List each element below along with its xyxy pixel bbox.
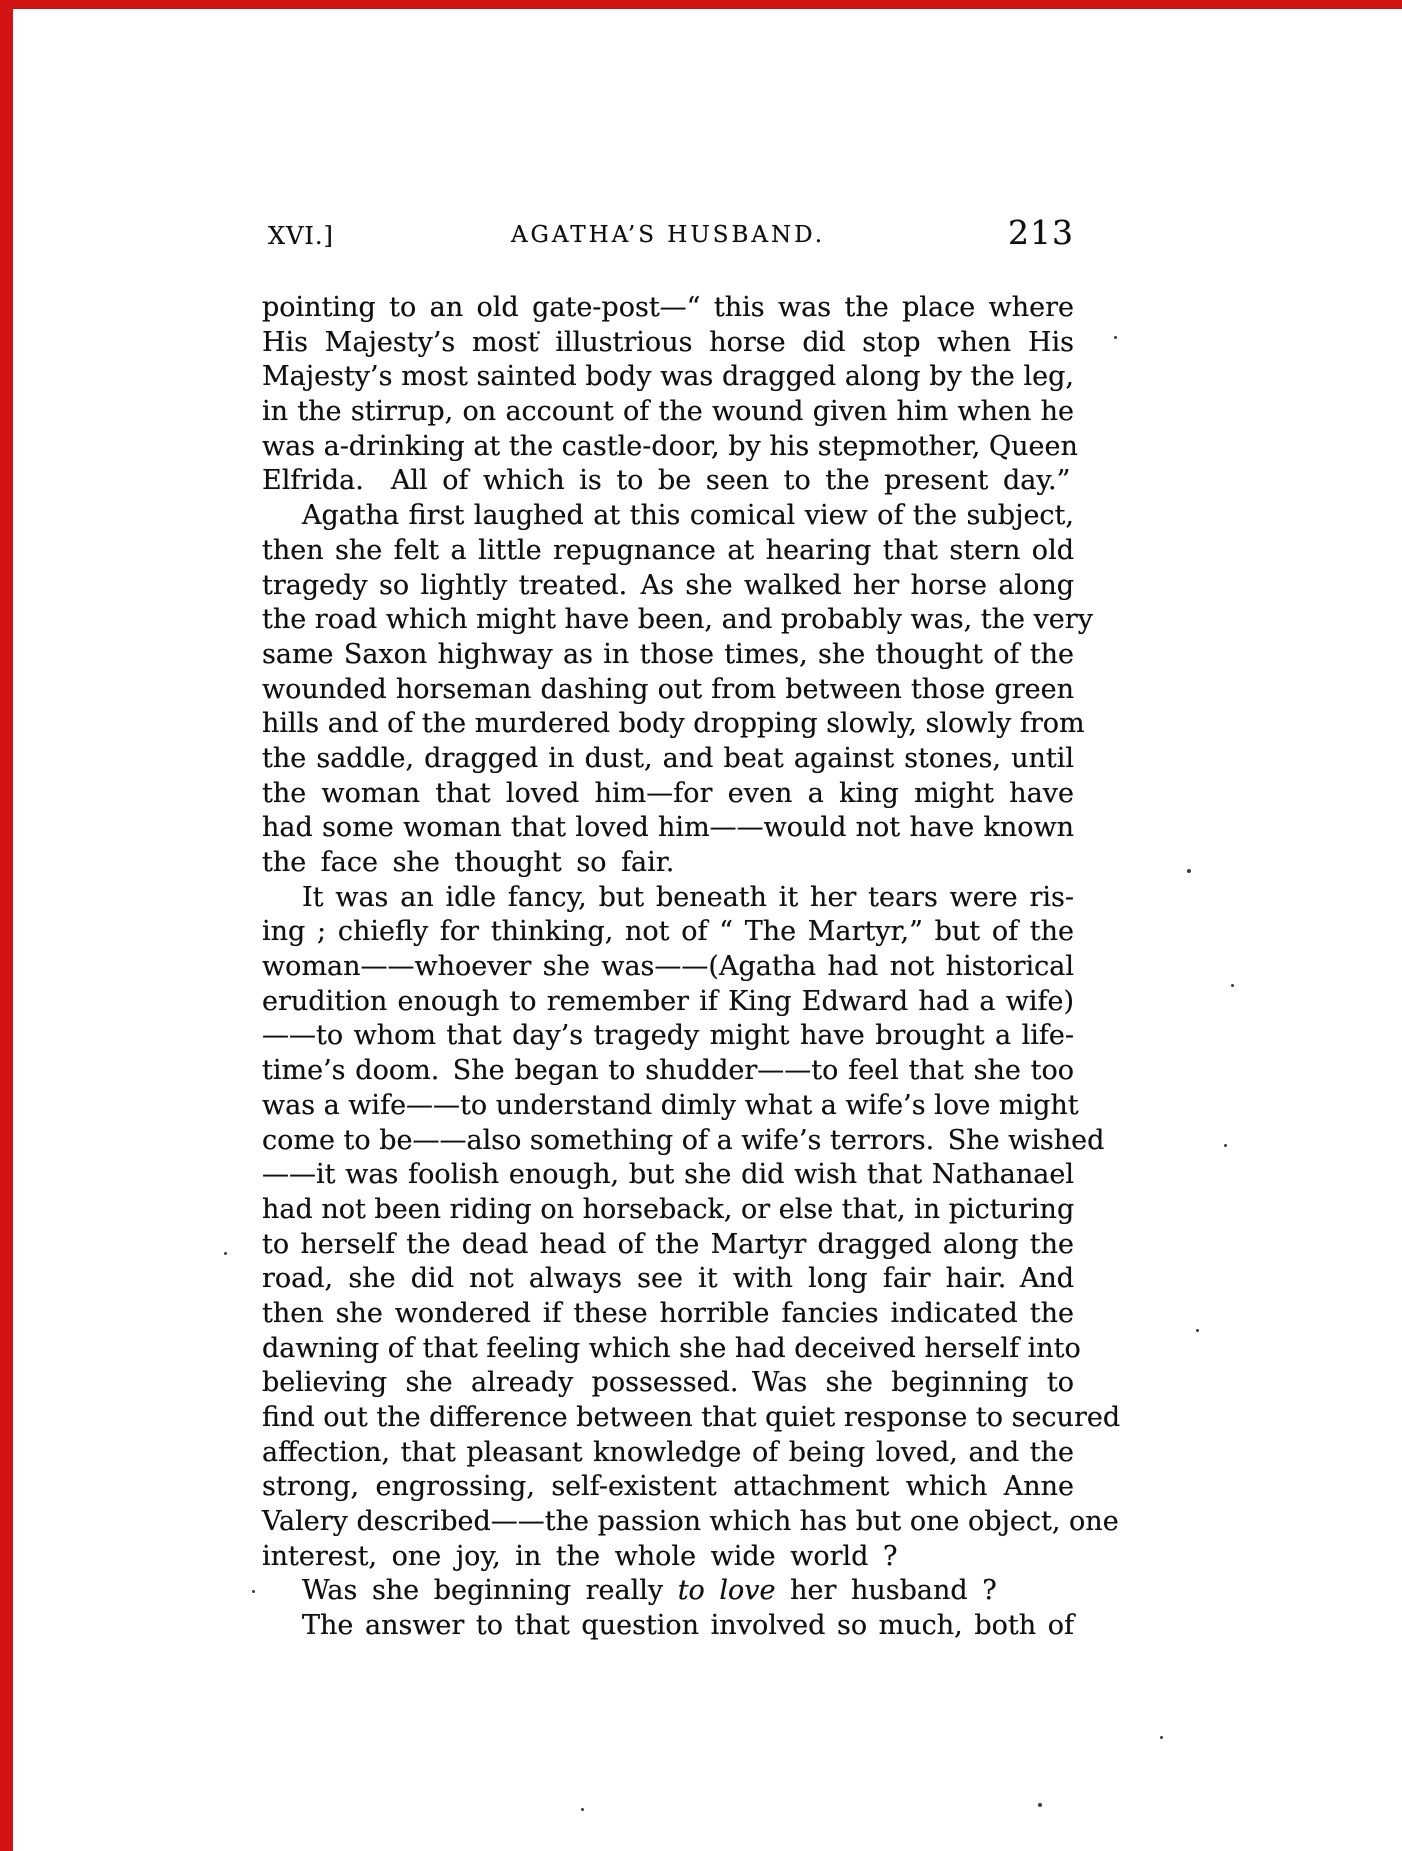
ink-speck <box>1224 1144 1227 1147</box>
text-line: the woman that loved him—for even a king… <box>262 777 1074 812</box>
text-line: ing ; chiefly for thinking, not of “ The… <box>262 915 1074 950</box>
text-line: Elfrida. All of which is to be seen to t… <box>262 464 1074 499</box>
text-line: had not been riding on horseback, or els… <box>262 1193 1074 1228</box>
ink-speck <box>224 1252 227 1255</box>
text-line: come to be——also something of a wife’s t… <box>262 1124 1074 1159</box>
scan-edge-top <box>0 0 1402 9</box>
text-line: ——it was foolish enough, but she did wis… <box>262 1158 1074 1193</box>
text-line: strong, engrossing, self-existent attach… <box>262 1470 1074 1505</box>
text-line: the road which might have been, and prob… <box>262 603 1074 638</box>
text-line: pointing to an old gate-post—“ this was … <box>262 291 1074 326</box>
text-line: was a wife——to understand dimly what a w… <box>262 1089 1074 1124</box>
ink-speck <box>1160 1736 1163 1739</box>
text-line: Majesty’s most sainted body was dragged … <box>262 360 1074 395</box>
text-line: time’s doom. She began to shudder——to fe… <box>262 1054 1074 1089</box>
ink-speck <box>1114 336 1117 339</box>
text-line: hills and of the murdered body dropping … <box>262 707 1074 742</box>
ink-speck <box>581 1808 584 1811</box>
text-line: ——to whom that day’s tragedy might have … <box>262 1019 1074 1054</box>
text-line: had some woman that loved him——would not… <box>262 811 1074 846</box>
text-line: wounded horseman dashing out from betwee… <box>262 673 1074 708</box>
ink-speck <box>252 1590 255 1593</box>
text-segment: Was she beginning really <box>302 1575 678 1606</box>
text-line: It was an idle fancy, but beneath it her… <box>262 881 1074 916</box>
text-line: then she felt a little repugnance at hea… <box>262 534 1074 569</box>
ink-speck <box>1231 984 1234 987</box>
text-block: pointing to an old gate-post—“ this was … <box>262 291 1074 1644</box>
chapter-marker: XVI.] <box>268 222 334 250</box>
text-line: believing she already possessed. Was she… <box>262 1366 1074 1401</box>
ink-speck <box>1187 869 1191 873</box>
text-line: the face she thought so fair. <box>262 846 1074 881</box>
text-line: The answer to that question involved so … <box>262 1609 1074 1644</box>
text-line: Agatha first laughed at this comical vie… <box>262 499 1074 534</box>
text-line: was a-drinking at the castle-door, by hi… <box>262 430 1074 465</box>
italic-phrase: to love <box>678 1575 776 1606</box>
text-line: same Saxon highway as in those times, sh… <box>262 638 1074 673</box>
scan-edge-left <box>0 0 13 1851</box>
text-line: Valery described——the passion which has … <box>262 1505 1074 1540</box>
running-title: AGATHA’S HUSBAND. <box>262 222 1074 248</box>
text-line: find out the difference between that qui… <box>262 1401 1074 1436</box>
text-line: to herself the dead head of the Martyr d… <box>262 1228 1074 1263</box>
text-line: road, she did not always see it with lon… <box>262 1262 1074 1297</box>
ink-speck <box>1038 1803 1042 1807</box>
page-number: 213 <box>1008 213 1074 252</box>
text-line: erudition enough to remember if King Edw… <box>262 985 1074 1020</box>
text-line: Was she beginning really to love her hus… <box>262 1574 1074 1609</box>
text-line: woman——whoever she was——(Agatha had not … <box>262 950 1074 985</box>
text-line: dawning of that feeling which she had de… <box>262 1332 1074 1367</box>
text-line: the saddle, dragged in dust, and beat ag… <box>262 742 1074 777</box>
text-line: His Majesty’s most illustrious horse did… <box>262 326 1074 361</box>
text-line: in the stirrup, on account of the wound … <box>262 395 1074 430</box>
page-header: AGATHA’S HUSBAND. XVI.] 213 <box>262 219 1074 253</box>
text-line: affection, that pleasant knowledge of be… <box>262 1436 1074 1471</box>
text-segment: her husband ? <box>776 1575 997 1606</box>
ink-speck <box>1196 1329 1199 1332</box>
text-line: interest, one joy, in the whole wide wor… <box>262 1540 1074 1575</box>
text-line: then she wondered if these horrible fanc… <box>262 1297 1074 1332</box>
text-line: tragedy so lightly treated. As she walke… <box>262 569 1074 604</box>
ink-speck <box>537 331 540 334</box>
